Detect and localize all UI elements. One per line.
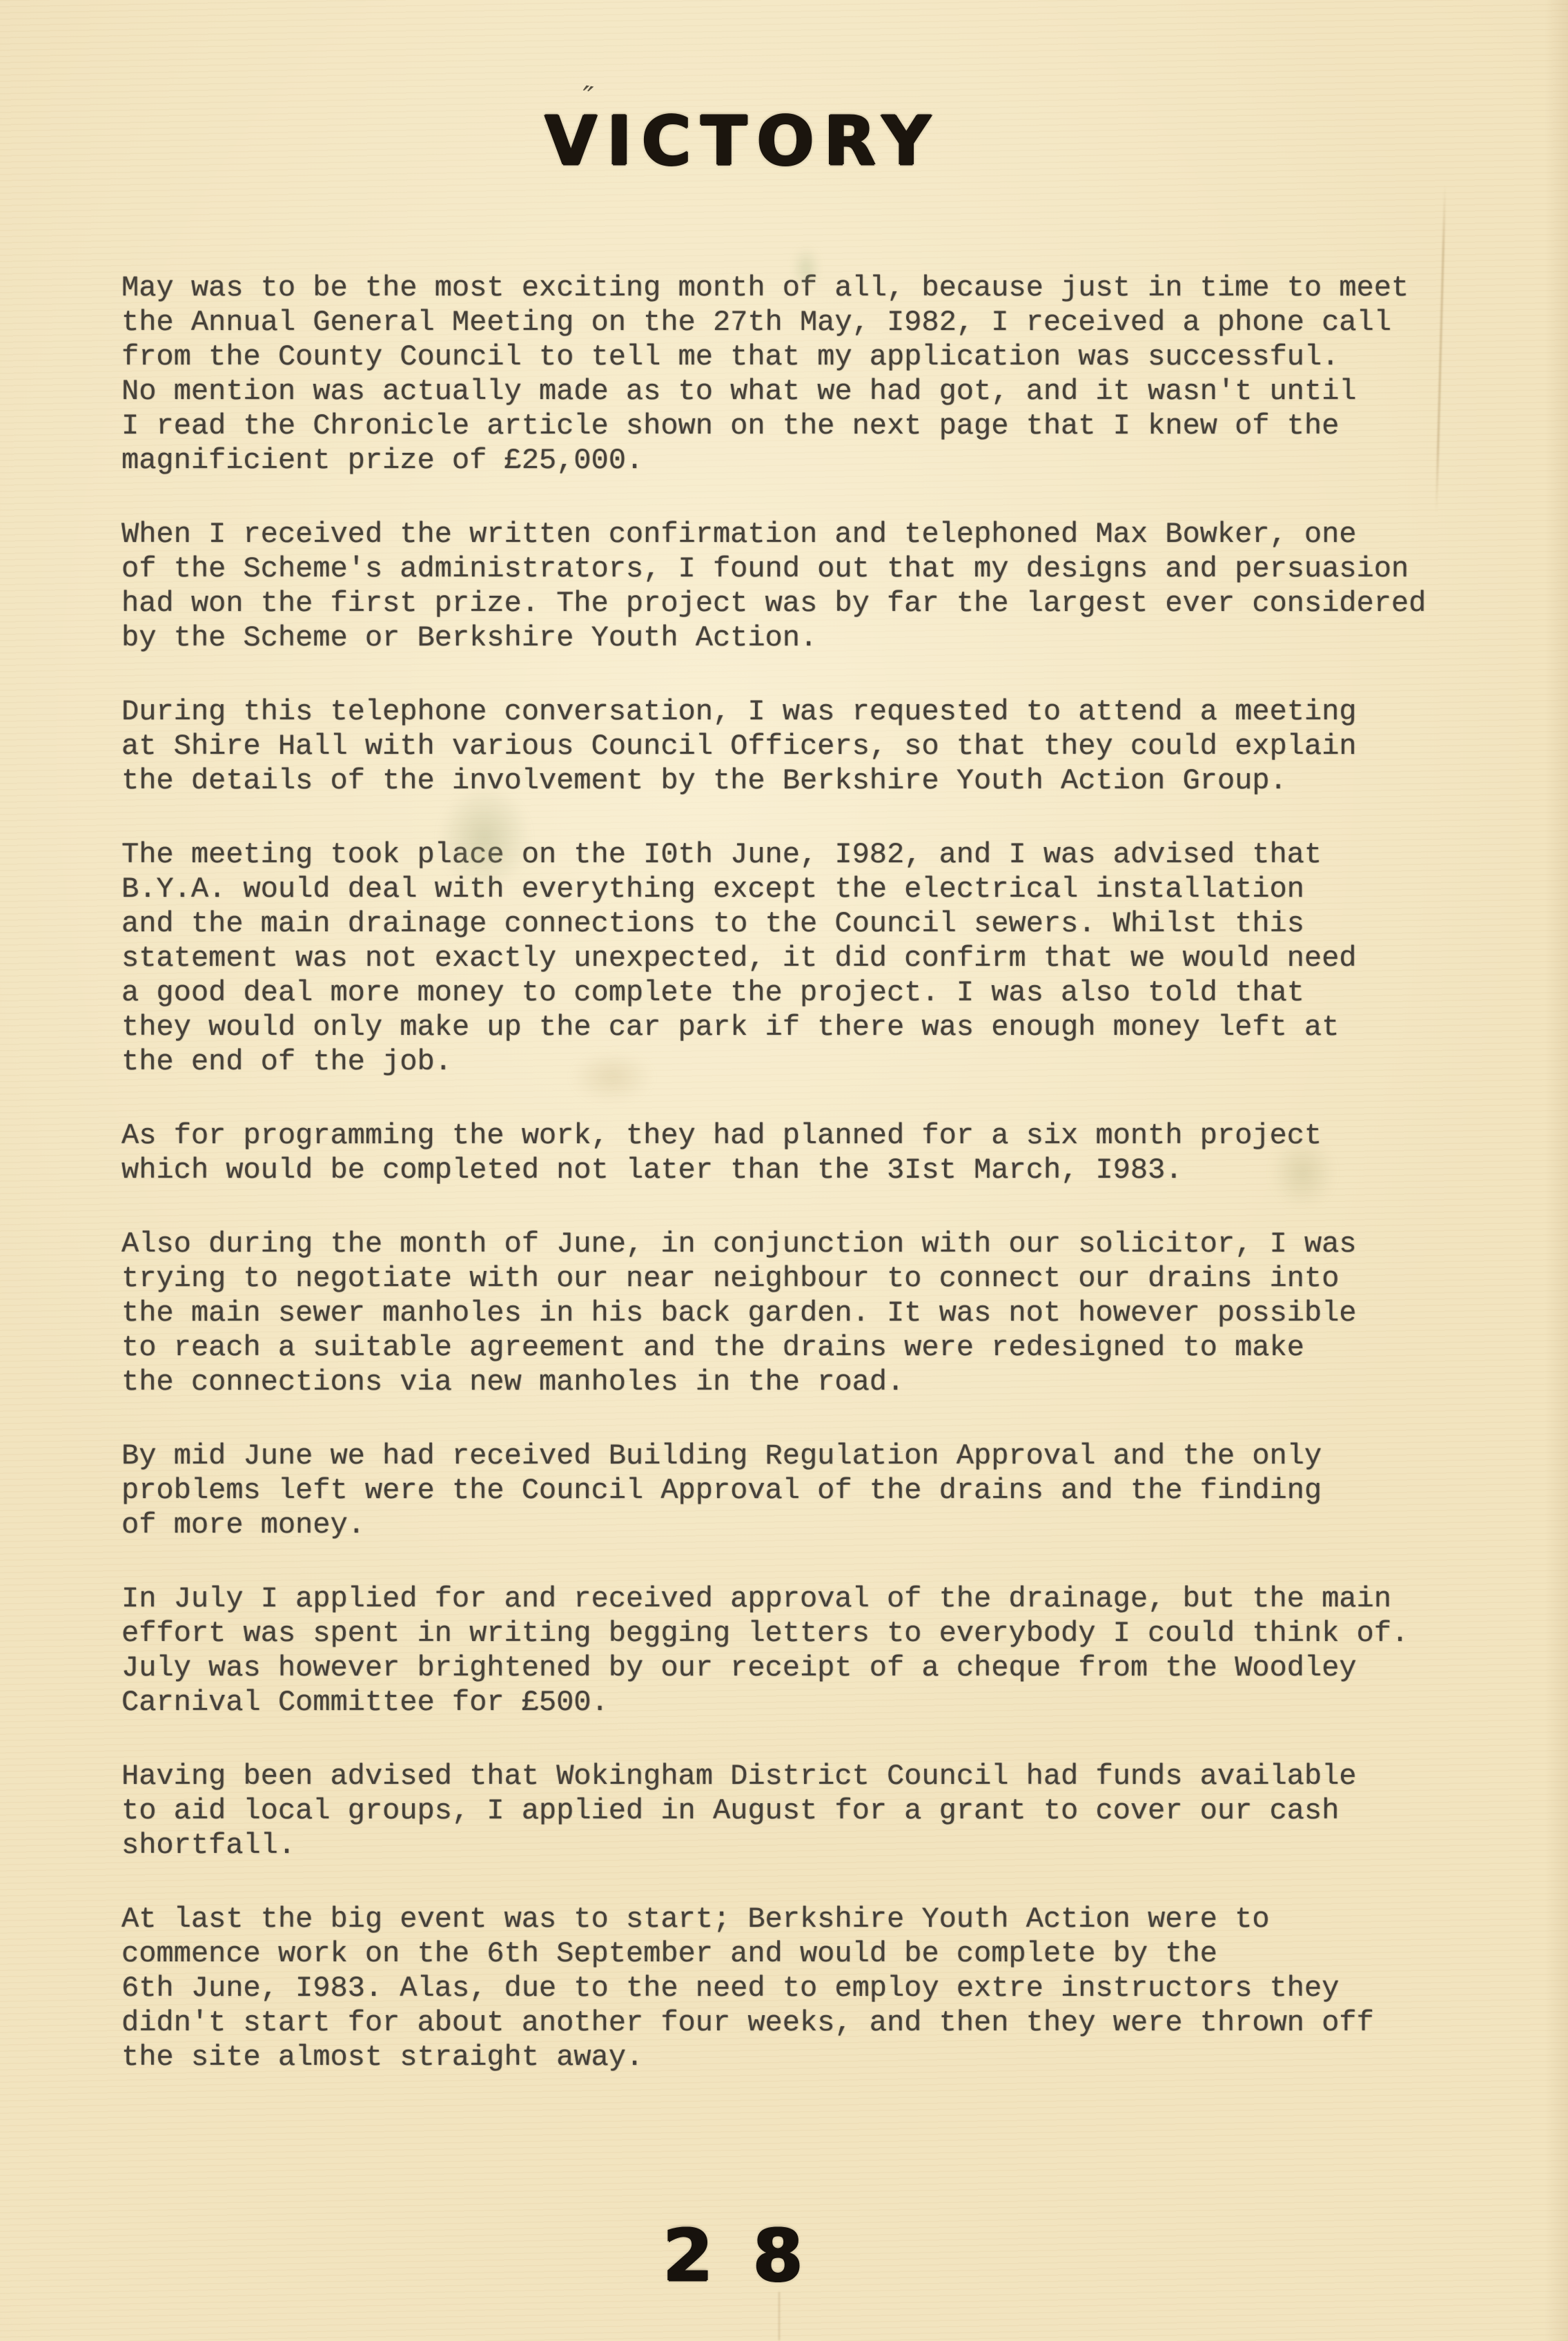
page-number: 28 bbox=[663, 2213, 843, 2298]
paragraph-8: In July I applied for and received appro… bbox=[121, 1582, 1491, 1720]
paragraph-6: Also during the month of June, in conjun… bbox=[121, 1227, 1491, 1399]
scanned-document-page: ″ VICTORY May was to be the most excitin… bbox=[0, 0, 1568, 2341]
paragraph-10: At last the big event was to start; Berk… bbox=[121, 1902, 1491, 2075]
document-body: May was to be the most exciting month of… bbox=[121, 271, 1491, 2114]
paragraph-3: During this telephone conversation, I wa… bbox=[121, 694, 1491, 798]
paragraph-5: As for programming the work, they had pl… bbox=[121, 1118, 1491, 1187]
paragraph-4: The meeting took place on the I0th June,… bbox=[121, 837, 1491, 1079]
paragraph-2: When I received the written confirmation… bbox=[121, 517, 1491, 655]
paragraph-1: May was to be the most exciting month of… bbox=[121, 271, 1491, 478]
paragraph-7: By mid June we had received Building Reg… bbox=[121, 1439, 1491, 1542]
scan-edge-shadow bbox=[1545, 0, 1568, 2341]
paper-crease bbox=[778, 2292, 780, 2340]
paragraph-9: Having been advised that Wokingham Distr… bbox=[121, 1759, 1491, 1863]
page-title: VICTORY bbox=[545, 102, 940, 181]
